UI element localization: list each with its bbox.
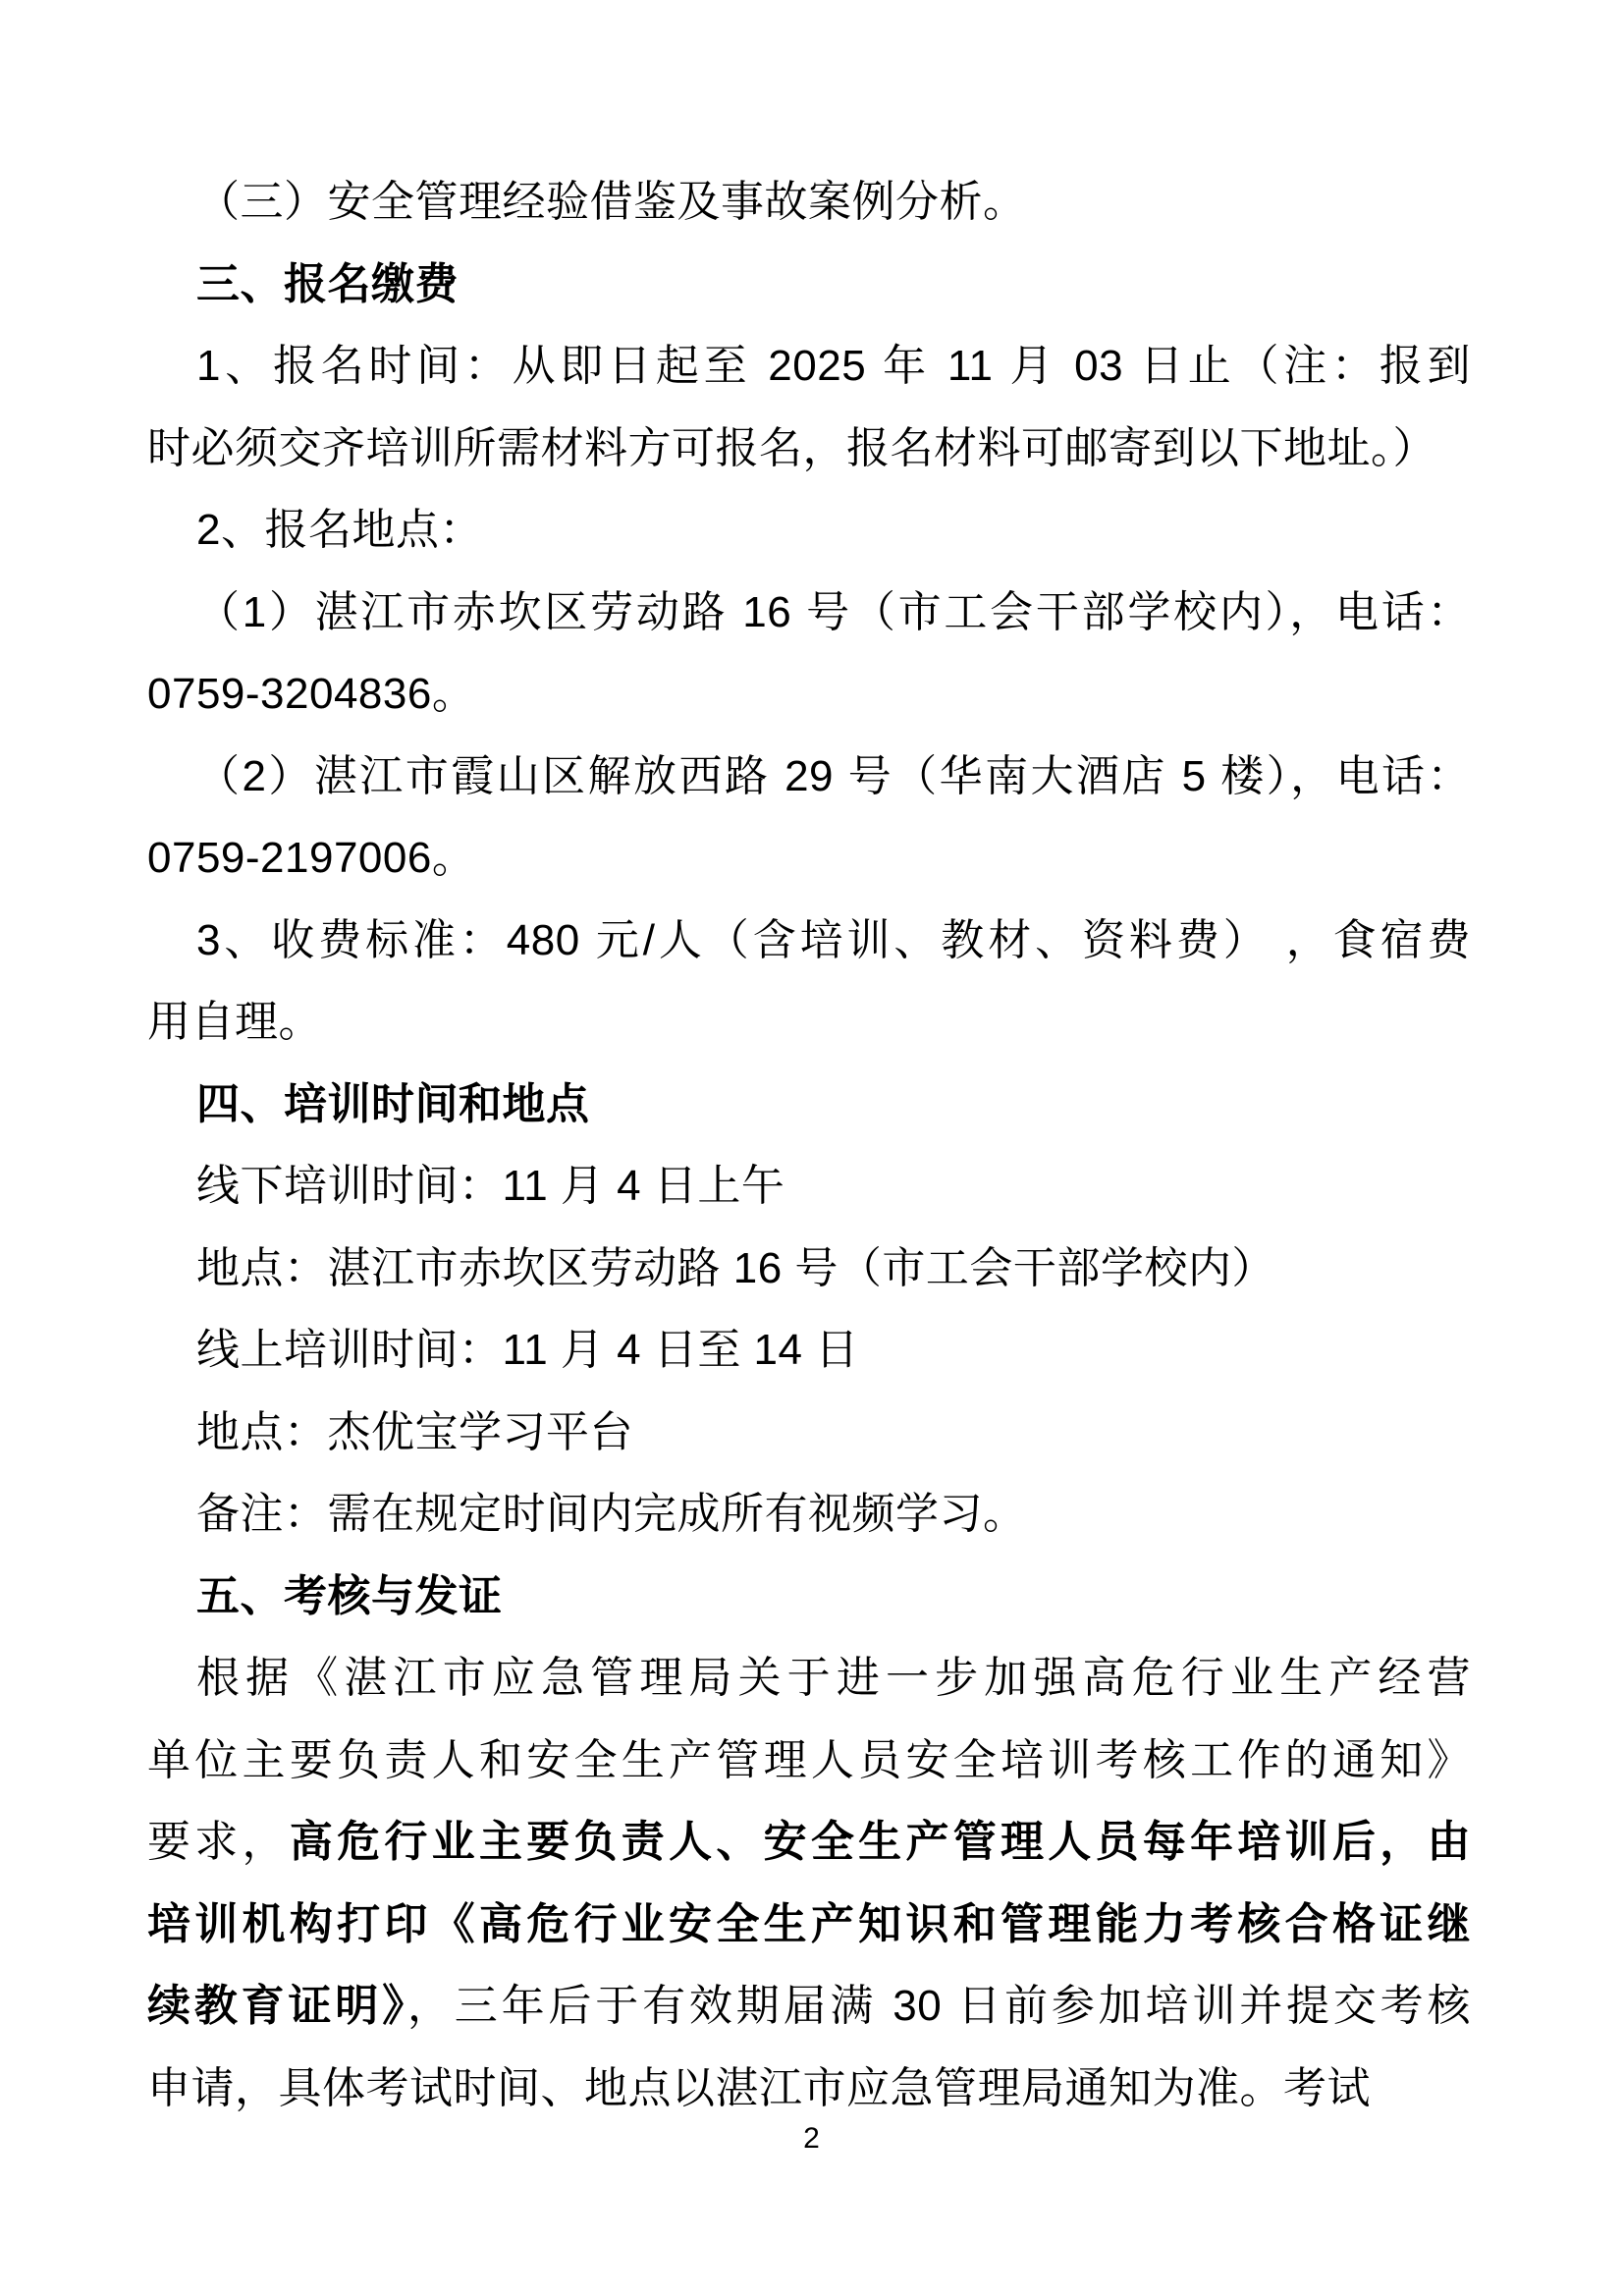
text-run-bold: 培训机构打印《高危行业安全生产知识和管理能力考核合格证继: [147, 1900, 1471, 1948]
text-run: 备注：需在规定时间内完成所有视频学习。: [196, 1490, 1027, 1538]
text-line: 续教育证明》，三年后于有效期届满 30 日前参加培训并提交考核: [147, 1965, 1471, 2048]
text-line: （2）湛江市霞山区解放西路 29 号（华南大酒店 5 楼），电话：: [147, 736, 1471, 818]
footer-page-number: 2: [0, 2119, 1623, 2159]
text-run-bold: 高危行业主要负责人、安全生产管理人员每年培训后，由: [290, 1818, 1471, 1866]
text-run: 单位主要负责人和安全生产管理人员安全培训考核工作的通知》: [147, 1736, 1471, 1784]
text-line: 五、考核与发证: [147, 1556, 1471, 1638]
text-line: 3、收费标准：480 元/人（含培训、教材、资料费） ，食宿费: [147, 900, 1471, 982]
text-run: （三）安全管理经验借鉴及事故案例分析。: [196, 178, 1027, 226]
text-line: 地点：湛江市赤坎区劳动路 16 号（市工会干部学校内）: [147, 1228, 1471, 1310]
text-line: 0759-2197006。: [147, 817, 1471, 900]
text-run: 3、收费标准：480 元/人（含培训、教材、资料费） ，食宿费: [196, 916, 1471, 964]
text-line: 培训机构打印《高危行业安全生产知识和管理能力考核合格证继: [147, 1884, 1471, 1966]
text-run: 线下培训时间：11 月 4 日上午: [196, 1162, 784, 1210]
text-run: 时必须交齐培训所需材料方可报名，报名材料可邮寄到以下地址。）: [147, 424, 1436, 472]
text-line: 要求，高危行业主要负责人、安全生产管理人员每年培训后，由: [147, 1801, 1471, 1884]
text-run: ，三年后于有效期届满 30 日前参加培训并提交考核: [407, 1982, 1471, 2030]
text-run: 用自理。: [147, 998, 322, 1046]
text-run: 1、报名时间：从即日起至 2025 年 11 月 03 日止（注：报到: [196, 342, 1471, 390]
text-line: 线上培训时间：11 月 4 日至 14 日: [147, 1309, 1471, 1392]
text-line: 单位主要负责人和安全生产管理人员安全培训考核工作的通知》: [147, 1720, 1471, 1802]
text-line: 时必须交齐培训所需材料方可报名，报名材料可邮寄到以下地址。）: [147, 408, 1471, 490]
text-line: 备注：需在规定时间内完成所有视频学习。: [147, 1473, 1471, 1556]
text-run-bold: 五、考核与发证: [196, 1572, 503, 1620]
text-line: 2、报名地点：: [147, 489, 1471, 572]
text-line: 线下培训时间：11 月 4 日上午: [147, 1145, 1471, 1228]
text-line: 1、报名时间：从即日起至 2025 年 11 月 03 日止（注：报到: [147, 325, 1471, 408]
text-run: 地点：杰优宝学习平台: [196, 1408, 633, 1456]
text-line: （1）湛江市赤坎区劳动路 16 号（市工会干部学校内），电话：: [147, 572, 1471, 654]
text-run: 根据《湛江市应急管理局关于进一步加强高危行业生产经营: [196, 1654, 1471, 1702]
text-line: 0759-3204836。: [147, 653, 1471, 736]
text-run: 线上培训时间：11 月 4 日至 14 日: [196, 1326, 859, 1374]
text-line: 用自理。: [147, 981, 1471, 1064]
text-line: 地点：杰优宝学习平台: [147, 1392, 1471, 1474]
text-line: 四、培训时间和地点: [147, 1064, 1471, 1146]
text-run: 要求，: [147, 1818, 290, 1866]
text-run: 0759-3204836。: [147, 670, 475, 718]
text-run: 2、报名地点：: [196, 506, 483, 554]
text-run-bold: 三、报名缴费: [196, 260, 459, 308]
text-line: 申请，具体考试时间、地点以湛江市应急管理局通知为准。考试: [147, 2048, 1471, 2130]
text-run: 申请，具体考试时间、地点以湛江市应急管理局通知为准。考试: [147, 2064, 1371, 2112]
text-line: 三、报名缴费: [147, 244, 1471, 326]
text-line: （三）安全管理经验借鉴及事故案例分析。: [147, 161, 1471, 244]
text-run-bold: 四、培训时间和地点: [196, 1080, 590, 1128]
document-page: （三）安全管理经验借鉴及事故案例分析。三、报名缴费1、报名时间：从即日起至 20…: [0, 0, 1623, 2296]
text-line: 根据《湛江市应急管理局关于进一步加强高危行业生产经营: [147, 1637, 1471, 1720]
text-run: 地点：湛江市赤坎区劳动路 16 号（市工会干部学校内）: [196, 1244, 1275, 1292]
text-run-bold: 续教育证明》: [147, 1982, 407, 2030]
text-run: 0759-2197006。: [147, 834, 475, 882]
document-content: （三）安全管理经验借鉴及事故案例分析。三、报名缴费1、报名时间：从即日起至 20…: [147, 161, 1471, 2129]
text-run: （1）湛江市赤坎区劳动路 16 号（市工会干部学校内），电话：: [196, 588, 1471, 636]
text-run: （2）湛江市霞山区解放西路 29 号（华南大酒店 5 楼），电话：: [196, 752, 1471, 800]
